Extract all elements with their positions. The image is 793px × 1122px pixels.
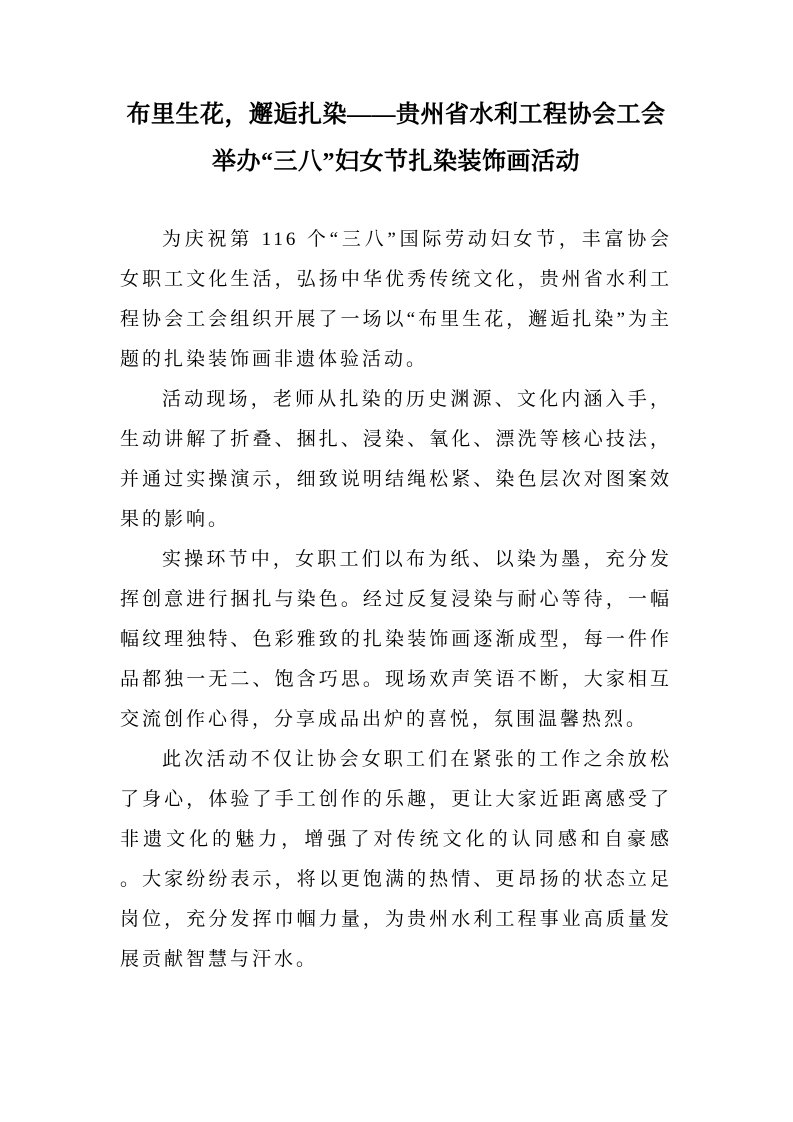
document-body: 为庆祝第 116 个“三八”国际劳动妇女节，丰富协会女职工文化生活，弘扬中华优秀… xyxy=(120,220,672,980)
paragraph-practice: 实操环节中，女职工们以布为纸、以染为墨，充分发挥创意进行捆扎与染色。经过反复浸染… xyxy=(120,540,672,740)
paragraph-summary: 此次活动不仅让协会女职工们在紧张的工作之余放松了身心，体验了手工创作的乐趣，更让… xyxy=(120,740,672,980)
paragraph-intro: 为庆祝第 116 个“三八”国际劳动妇女节，丰富协会女职工文化生活，弘扬中华优秀… xyxy=(120,220,672,380)
document-title-line-2: 举办“三八”妇女节扎染装饰画活动 xyxy=(120,139,672,186)
document-title: 布里生花，邂逅扎染——贵州省水利工程协会工会 举办“三八”妇女节扎染装饰画活动 xyxy=(120,92,672,186)
paragraph-teaching: 活动现场，老师从扎染的历史渊源、文化内涵入手，生动讲解了折叠、捆扎、浸染、氧化、… xyxy=(120,380,672,540)
document-page: 布里生花，邂逅扎染——贵州省水利工程协会工会 举办“三八”妇女节扎染装饰画活动 … xyxy=(0,0,793,1122)
document-title-line-1: 布里生花，邂逅扎染——贵州省水利工程协会工会 xyxy=(120,92,672,139)
